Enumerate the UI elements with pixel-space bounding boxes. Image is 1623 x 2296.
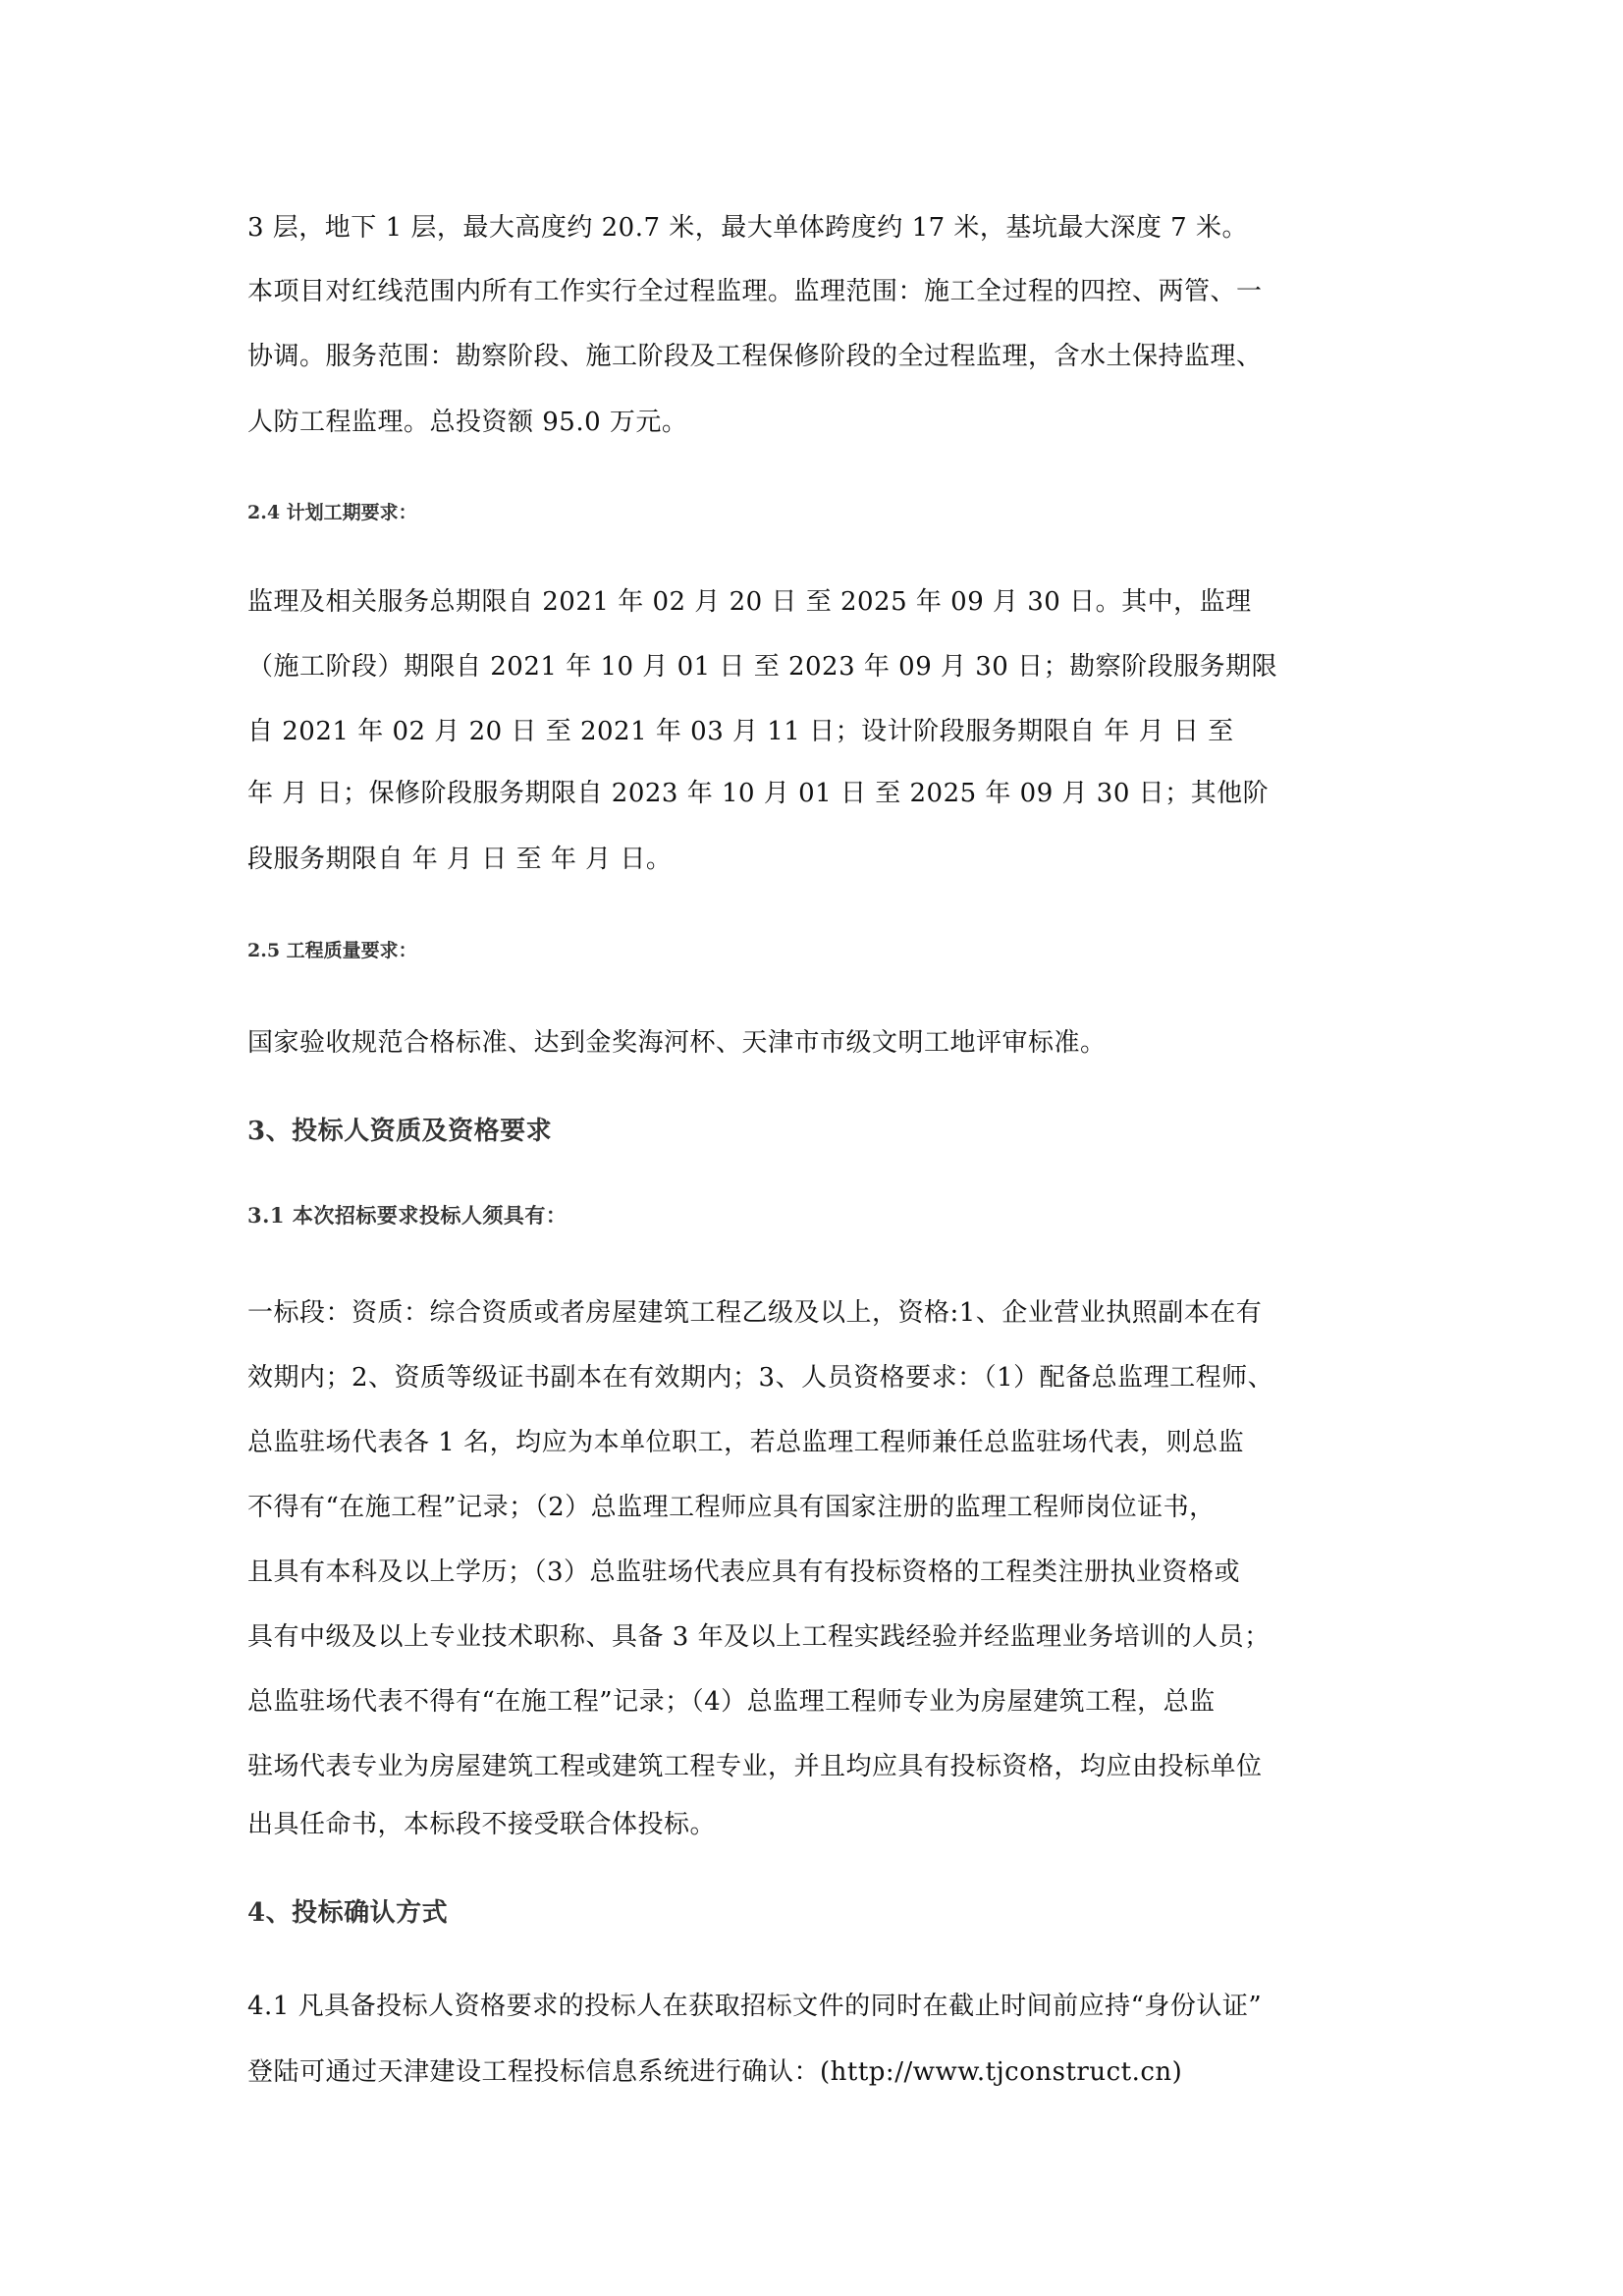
paragraph-line: 自 2021 年 02 月 20 日 至 2021 年 03 月 11 日；设计… xyxy=(247,715,1234,748)
section-heading-2-4: 2.4 计划工期要求： xyxy=(247,500,417,525)
section-heading-3: 3、投标人资质及资格要求 xyxy=(247,1115,552,1148)
paragraph-line: 3 层，地下 1 层，最大高度约 20.7 米，最大单体跨度约 17 米，基坑最… xyxy=(247,211,1248,245)
paragraph-line: 人防工程监理。总投资额 95.0 万元。 xyxy=(247,406,687,439)
paragraph-line: 年 月 日；保修阶段服务期限自 2023 年 10 月 01 日 至 2025 … xyxy=(247,777,1269,810)
section-heading-4: 4、投标确认方式 xyxy=(247,1896,448,1930)
section-heading-3-1: 3.1 本次招标要求投标人须具有： xyxy=(247,1201,567,1230)
paragraph-line: 出具任命书，本标段不接受联合体投标。 xyxy=(247,1808,716,1841)
paragraph-line-with-url: 登陆可通过天津建设工程投标信息系统进行确认：(http://www.tjcons… xyxy=(247,2055,1182,2089)
paragraph-line: 效期内；2、资质等级证书副本在有效期内；3、人员资格要求：（1）配备总监理工程师… xyxy=(247,1361,1273,1394)
paragraph-line: 不得有“在施工程”记录；（2）总监理工程师应具有国家注册的监理工程师岗位证书， xyxy=(247,1491,1216,1524)
paragraph-line: 总监驻场代表不得有“在施工程”记录；（4）总监理工程师专业为房屋建筑工程，总监 xyxy=(247,1685,1216,1719)
paragraph-line: 具有中级及以上专业技术职称、具备 3 年及以上工程实践经验并经监理业务培训的人员… xyxy=(247,1620,1271,1654)
section-heading-2-5: 2.5 工程质量要求： xyxy=(247,938,417,963)
document-page: 3 层，地下 1 层，最大高度约 20.7 米，最大单体跨度约 17 米，基坑最… xyxy=(0,0,1623,2296)
paragraph-line: 且具有本科及以上学历；（3）总监驻场代表应具有有投标资格的工程类注册执业资格或 xyxy=(247,1556,1240,1589)
paragraph-line: 协调。服务范围：勘察阶段、施工阶段及工程保修阶段的全过程监理，含水土保持监理、 xyxy=(247,340,1263,373)
paragraph-line: 段服务期限自 年 月 日 至 年 月 日。 xyxy=(247,843,672,876)
paragraph-line: 一标段：资质：综合资质或者房屋建筑工程乙级及以上，资格:1、企业营业执照副本在有 xyxy=(247,1296,1262,1330)
paragraph-line: 本项目对红线范围内所有工作实行全过程监理。监理范围：施工全过程的四控、两管、一 xyxy=(247,275,1263,308)
paragraph-line: 4.1 凡具备投标人资格要求的投标人在获取招标文件的同时在截止时间前应持“身份认… xyxy=(247,1990,1262,2023)
paragraph-line: 总监驻场代表各 1 名，均应为本单位职工，若总监理工程师兼任总监驻场代表，则总监 xyxy=(247,1426,1244,1459)
paragraph-line: 驻场代表专业为房屋建筑工程或建筑工程专业，并且均应具有投标资格，均应由投标单位 xyxy=(247,1750,1263,1783)
paragraph-line: 监理及相关服务总期限自 2021 年 02 月 20 日 至 2025 年 09… xyxy=(247,585,1252,619)
paragraph-line: 国家验收规范合格标准、达到金奖海河杯、天津市市级文明工地评审标准。 xyxy=(247,1026,1107,1060)
paragraph-line: （施工阶段）期限自 2021 年 10 月 01 日 至 2023 年 09 月… xyxy=(247,650,1277,683)
